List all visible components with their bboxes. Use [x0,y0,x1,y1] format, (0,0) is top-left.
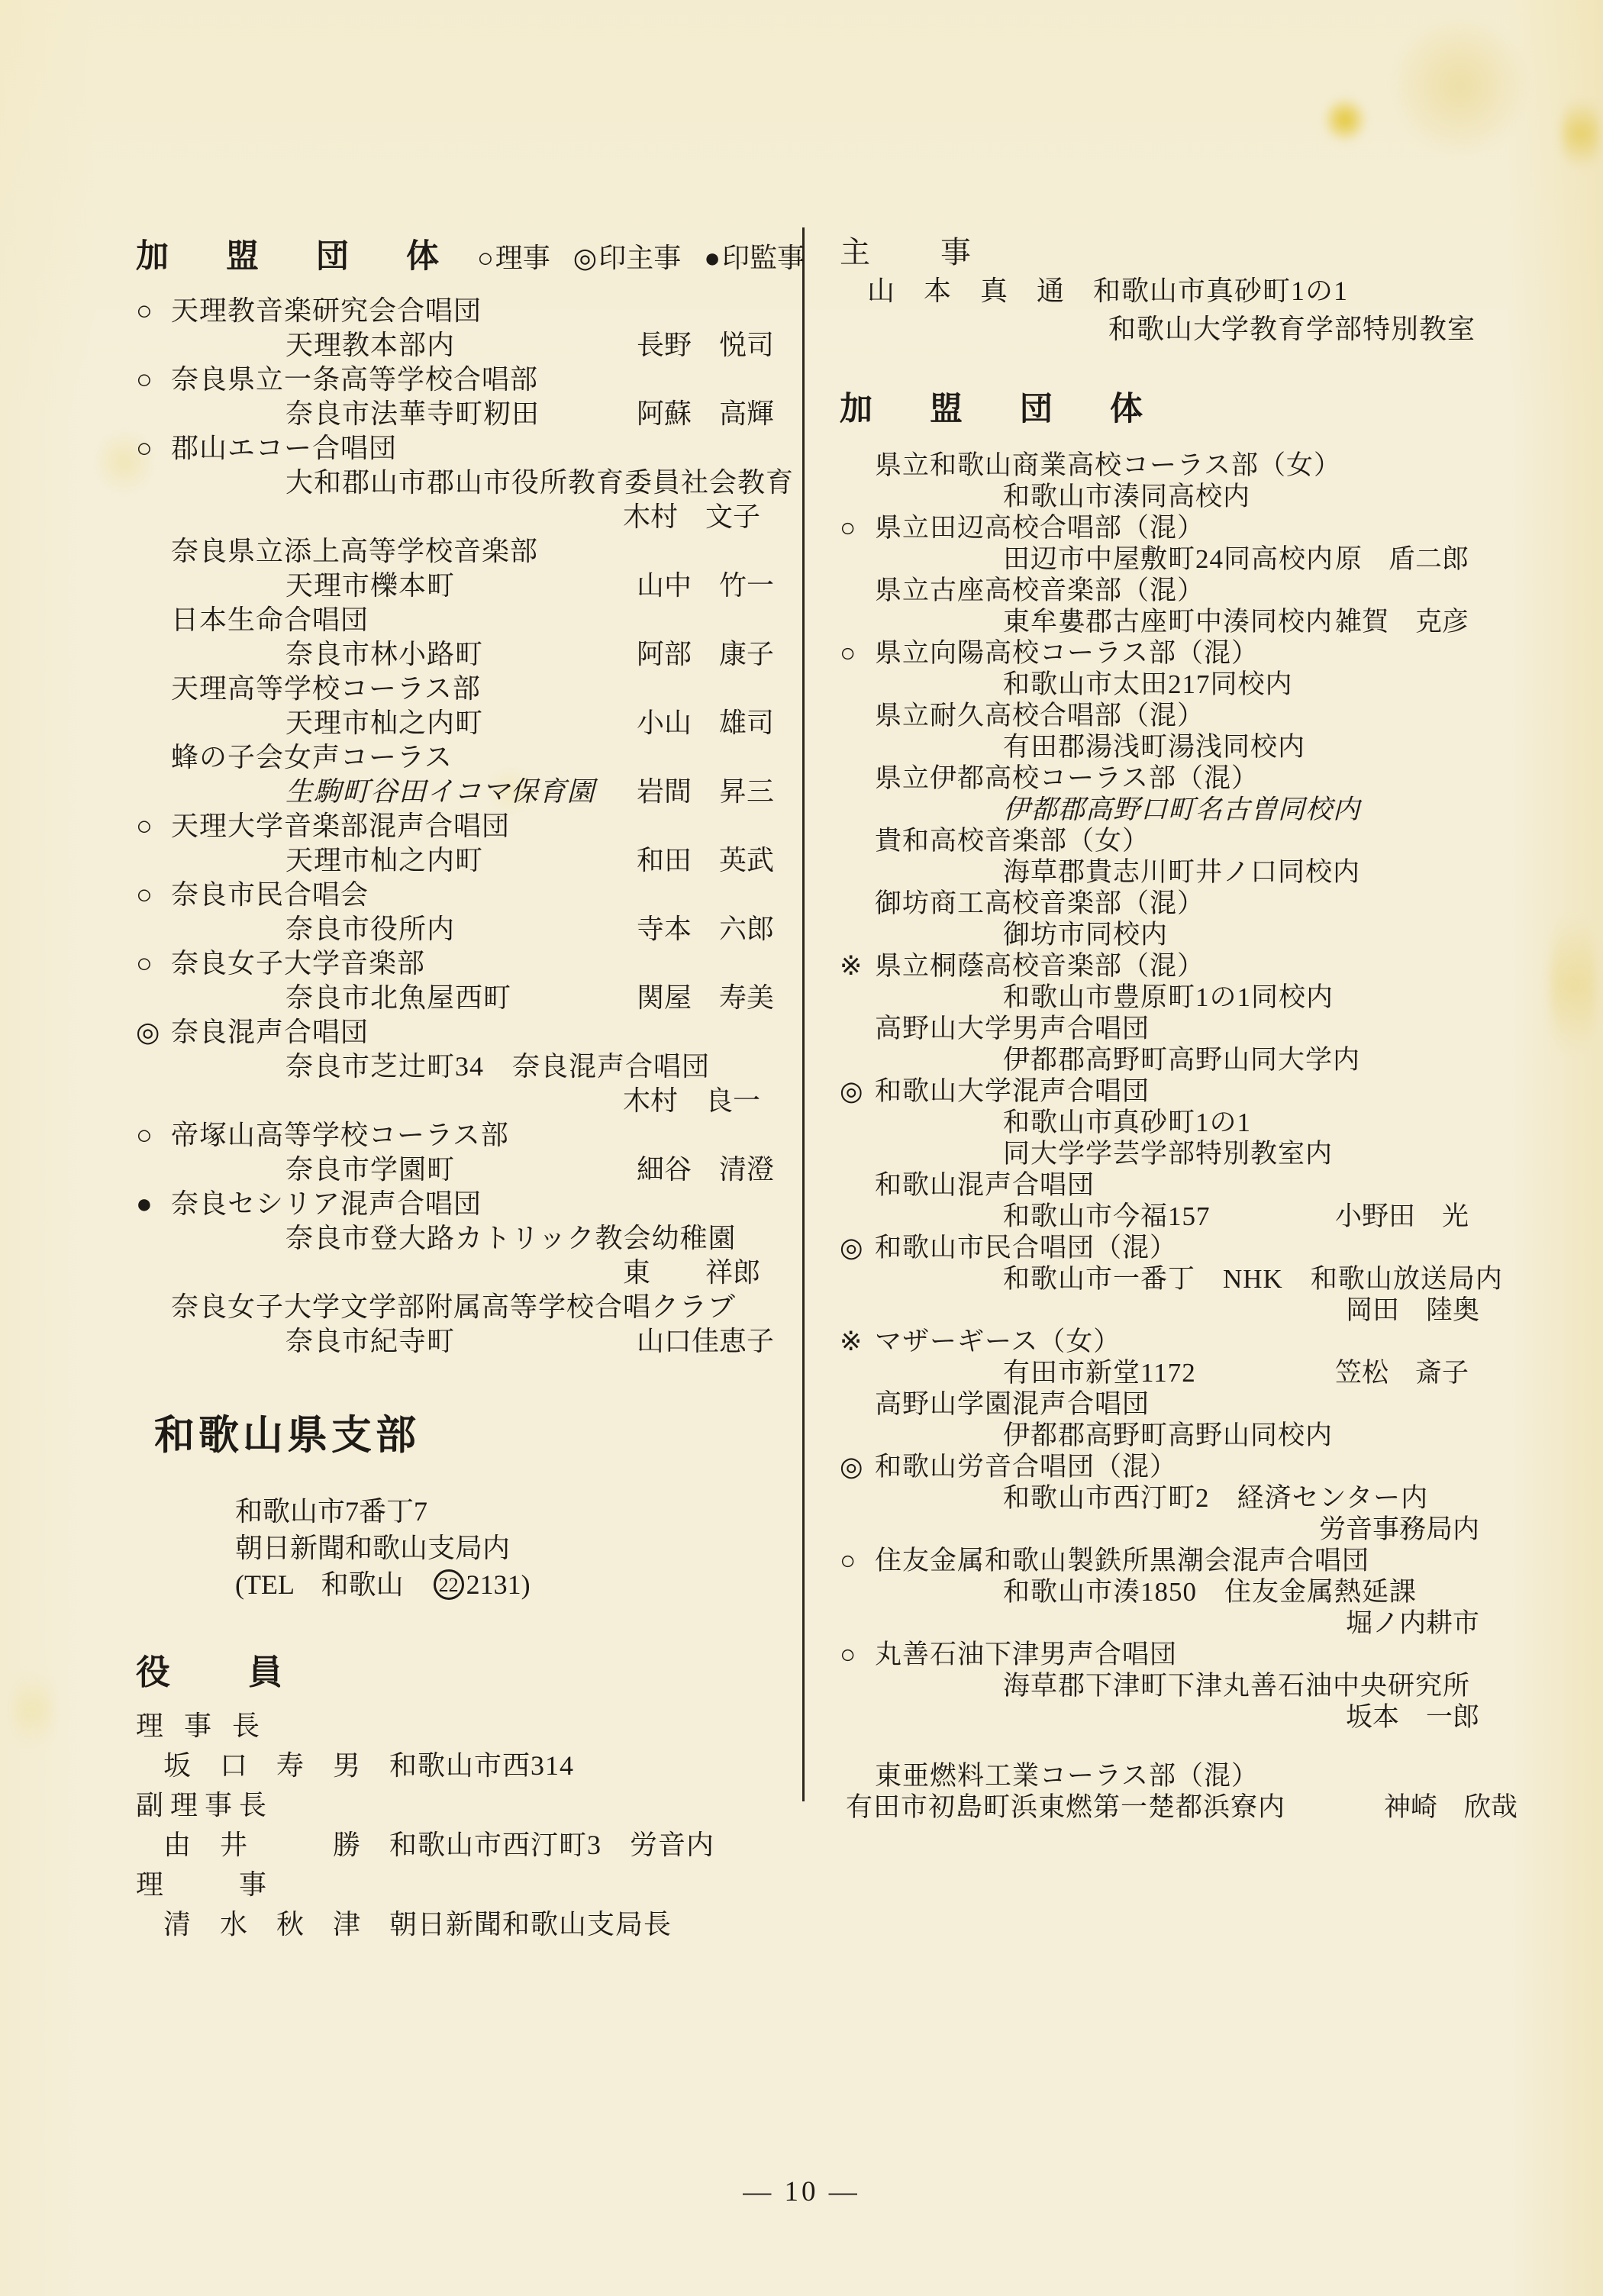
address: 和歌山市真砂町1の1 [1003,1107,1251,1138]
paper-stain [1395,21,1525,151]
organization-name: 高野山大学男声合唱団 [875,1013,1150,1044]
organization-name: 東亜燃料工業コーラス部（混） [875,1760,1259,1791]
directory-entry: ◎奈良混声合唱団奈良市芝辻町34 奈良混声合唱団木村 良一 [136,1015,797,1118]
organization-name: 奈良県立一条高等学校合唱部 [171,363,538,397]
directory-entry: ○高野山大学男声合唱団伊都郡高野町高野山同大学内 [840,1013,1560,1075]
directory-entry: ○御坊商工高校音楽部（混）御坊市同校内 [840,888,1560,950]
person-name: 岩間 昇三 [637,775,797,809]
address: 同大学学芸学部特別教室内 [1003,1138,1333,1169]
person-name: 小野田 光 [1335,1201,1560,1232]
address: 奈良市学園町 [285,1153,455,1187]
membership-mark: ○ [840,637,875,669]
person-name: 小山 雄司 [637,706,797,740]
page-number: — 10 — [0,2175,1603,2208]
member-groups-header-right: 加 盟 団 体 [840,383,1560,430]
directory-entry: ○奈良県立添上高等学校音楽部天理市櫟本町山中 竹一 [136,534,797,603]
membership-mark: ○ [840,1639,875,1670]
legend-label: 印主事 [598,237,681,276]
organization-name: 奈良混声合唱団 [171,1015,369,1050]
person-name: 山口佳恵子 [637,1324,797,1359]
organization-name: 郡山エコー合唱団 [171,431,397,466]
address: 和歌山市太田217同校内 [1003,669,1293,700]
person-name: 笠松 斎子 [1335,1357,1560,1388]
organization-name: 県立古座高校音楽部（混） [875,575,1205,606]
membership-mark: ○ [840,512,875,543]
directory-entry: ※県立桐蔭高校音楽部（混）和歌山市豊原町1の1同校内 [840,950,1560,1013]
person-name: 雑賀 克彦 [1335,606,1560,637]
directory-entry: ○丸善石油下津男声合唱団海草郡下津町下津丸善石油中央研究所坂本 一郎 [840,1639,1560,1733]
membership-mark: ○ [136,1118,171,1153]
officers-list: 理 事 長坂 口 寿 男 和歌山市西314副理事長由 井 勝 和歌山市西汀町3 … [136,1706,797,1944]
address: 大和郡山市郡山市役所教育委員社会教育 [285,466,794,500]
membership-mark: ○ [136,294,171,328]
organization-name: 県立向陽高校コーラス部（混） [875,637,1259,669]
address: 奈良市芝辻町34 奈良混声合唱団 [285,1050,710,1084]
organization-name: 天理高等学校コーラス部 [171,672,481,706]
member-groups-header: 加 盟 団 体 ○理事◎印主事●印監事 [136,231,797,277]
address: 伊都郡高野町高野山同大学内 [1003,1044,1360,1075]
person-name: 坂本 一郎 [840,1701,1560,1733]
organization-name: 県立耐久高校合唱部（混） [875,700,1205,731]
member-groups-title-right: 加 盟 団 体 [840,383,1155,430]
branch-address-block: 和歌山市7番丁7朝日新聞和歌山支局内 [136,1493,797,1566]
address: 伊都郡高野口町名古曽同校内 [1003,794,1360,825]
address: 奈良市役所内 [285,912,455,946]
organization-name: 県立田辺高校合唱部（混） [875,512,1205,543]
address: 御坊市同校内 [1003,919,1168,950]
address: 有田市初島町浜東燃第一楚都浜寮内 [846,1791,1285,1823]
address: 奈良市登大路カトリック教会幼稚園 [285,1221,737,1256]
organization-name: 住友金属和歌山製鉄所黒潮会混声合唱団 [875,1545,1369,1576]
person-name: 木村 文子 [136,500,797,534]
paper-stain [1562,92,1600,176]
person-name: 長野 悦司 [637,328,797,363]
manager-section-title: 主 事 [840,234,1560,272]
branch-address-line: 朝日新聞和歌山支局内 [136,1530,797,1566]
address: 和歌山市湊1850 住友金属熱延課 [1003,1576,1417,1608]
person-name: 細谷 清澄 [637,1153,797,1187]
wakayama-member-groups-list: ○県立和歌山商業高校コーラス部（女）和歌山市湊同高校内○県立田辺高校合唱部（混）… [840,450,1560,1823]
organization-name: 奈良市民合唱会 [171,878,369,912]
address: 和歌山市豊原町1の1同校内 [1003,982,1334,1013]
address: 天理市櫟本町 [285,569,455,603]
directory-entry: ○東亜燃料工業コーラス部（混）有田市初島町浜東燃第一楚都浜寮内神崎 欣哉 [840,1760,1560,1823]
directory-entry: ○蜂の子会女声コーラス生駒町谷田イコマ保育園岩間 昇三 [136,740,797,809]
address: 田辺市中屋敷町24同高校内 [1003,543,1334,575]
membership-mark: ◎ [840,1232,875,1263]
directory-entry: ○郡山エコー合唱団大和郡山市郡山市役所教育委員社会教育木村 文子 [136,431,797,534]
membership-mark: ○ [840,1545,875,1576]
organization-name: 丸善石油下津男声合唱団 [875,1639,1177,1670]
column-divider-rule [802,227,805,1801]
person-name: 寺本 六郎 [637,912,797,946]
directory-entry: ※マザーギース（女）有田市新堂1172笠松 斎子 [840,1326,1560,1388]
directory-entry: ○天理教音楽研究会合唱団天理教本部内長野 悦司 [136,294,797,363]
organization-name: 県立和歌山商業高校コーラス部（女） [875,450,1341,481]
person-name: 木村 良一 [136,1084,797,1118]
officer-name-line: 坂 口 寿 男 和歌山市西314 [136,1746,797,1785]
organization-name: 県立桐蔭高校音楽部（混） [875,950,1205,982]
person-name: 原 盾二郎 [1335,543,1560,575]
directory-entry: ○奈良県立一条高等学校合唱部奈良市法華寺町籾田阿蘇 高輝 [136,363,797,431]
address: 天理市杣之内町 [285,843,483,878]
paper-stain [12,1664,53,1756]
directory-entry: ○住友金属和歌山製鉄所黒潮会混声合唱団和歌山市湊1850 住友金属熱延課堀ノ内耕… [840,1545,1560,1639]
legend-symbol: ○ [477,242,494,274]
membership-mark: ◎ [136,1015,171,1050]
directory-entry: ○和歌山混声合唱団和歌山市今福157小野田 光 [840,1169,1560,1232]
organization-name: 和歌山労音合唱団（混） [875,1451,1177,1482]
membership-mark: ※ [840,1326,875,1357]
directory-entry: ○県立和歌山商業高校コーラス部（女）和歌山市湊同高校内 [840,450,1560,512]
address: 奈良市林小路町 [285,637,483,672]
organization-name: 天理大学音楽部混声合唱団 [171,809,510,843]
manager-address-line: 和歌山大学教育学部特別教室 [840,310,1560,348]
person-name: 関屋 寿美 [637,981,797,1015]
membership-mark: ○ [136,946,171,981]
directory-entry: ◎和歌山大学混声合唱団和歌山市真砂町1の1同大学学芸学部特別教室内 [840,1075,1560,1169]
tel-suffix: 2131) [466,1566,531,1603]
legend-symbol: ◎ [573,242,597,274]
organization-name: 蜂の子会女声コーラス [171,740,453,775]
wakayama-branch-title: 和歌山県支部 [154,1403,797,1461]
person-name: 山中 竹一 [637,569,797,603]
membership-mark: ※ [840,950,875,982]
person-name: 和田 英武 [637,843,797,878]
right-column: 主 事 山 本 真 通 和歌山市真砂町1の1 和歌山大学教育学部特別教室 加 盟… [840,234,1560,1823]
officers-title: 役 員 [136,1644,797,1694]
directory-entry: ○県立伊都高校コーラス部（混）伊都郡高野口町名古曽同校内 [840,763,1560,825]
mark-legend: ○理事◎印主事●印監事 [477,237,805,276]
legend-item: ◎印主事 [573,237,681,276]
membership-mark: ○ [136,363,171,397]
directory-entry: ○県立古座高校音楽部（混）東牟婁郡古座町中湊同校内雑賀 克彦 [840,575,1560,637]
address: 海草郡下津町下津丸善石油中央研究所 [1003,1670,1470,1701]
address: 海草郡貴志川町井ノ口同校内 [1003,856,1360,888]
legend-item: ○理事 [477,237,550,276]
directory-entry: ○帝塚山高等学校コーラス部奈良市学園町細谷 清澄 [136,1118,797,1187]
membership-mark: ◎ [840,1451,875,1482]
left-column: 加 盟 団 体 ○理事◎印主事●印監事 ○天理教音楽研究会合唱団天理教本部内長野… [136,231,797,1944]
member-groups-title: 加 盟 団 体 [136,231,451,277]
directory-entry: ●奈良セシリア混声合唱団奈良市登大路カトリック教会幼稚園東 祥郎 [136,1187,797,1290]
person-name: 東 祥郎 [136,1256,797,1290]
officer-role: 理 事 長 [136,1706,797,1746]
address: 奈良市紀寺町 [285,1324,455,1359]
membership-mark: ○ [136,809,171,843]
organization-name: 奈良セシリア混声合唱団 [171,1187,482,1221]
directory-entry: ○日本生命合唱団奈良市林小路町阿部 康子 [136,603,797,672]
manager-name-line: 山 本 真 通 和歌山市真砂町1の1 [840,272,1560,310]
address: 生駒町谷田イコマ保育園 [285,775,595,809]
directory-entry: ○奈良市民合唱会奈良市役所内寺本 六郎 [136,878,797,946]
legend-symbol: ● [704,242,721,274]
address: 和歌山市西汀町2 経済センター内 [1003,1482,1428,1514]
person-name: 堀ノ内耕市 [840,1608,1560,1639]
organization-name: 奈良女子大学文学部附属高等学校合唱クラブ [171,1290,736,1324]
membership-mark: ○ [136,431,171,466]
officer-role: 理 事 [136,1865,797,1904]
address: 有田市新堂1172 [1003,1357,1196,1388]
directory-entry: ○天理高等学校コーラス部天理市杣之内町小山 雄司 [136,672,797,740]
membership-mark: ◎ [840,1075,875,1107]
paper-stain [1325,98,1365,142]
organization-name: 和歌山大学混声合唱団 [875,1075,1150,1107]
directory-entry: ○貴和高校音楽部（女）海草郡貴志川町井ノ口同校内 [840,825,1560,888]
organization-name: 天理教音楽研究会合唱団 [171,294,482,328]
person-name: 労音事務局内 [840,1514,1560,1545]
address: 有田郡湯浅町湯浅同校内 [1003,731,1305,763]
officer-name-line: 由 井 勝 和歌山市西汀町3 労音内 [136,1825,797,1865]
organization-name: 高野山学園混声合唱団 [875,1388,1150,1420]
address: 和歌山市今福157 [1003,1201,1211,1232]
officer-role: 副理事長 [136,1785,797,1825]
organization-name: 帝塚山高等学校コーラス部 [171,1118,509,1153]
person-name: 岡田 陸奥 [840,1295,1560,1326]
branch-tel-line: (TEL 和歌山 22 2131) [136,1566,797,1603]
directory-entry: ○県立耐久高校合唱部（混）有田郡湯浅町湯浅同校内 [840,700,1560,763]
circled-number-22: 22 [434,1569,464,1600]
scanned-directory-page: 加 盟 団 体 ○理事◎印主事●印監事 ○天理教音楽研究会合唱団天理教本部内長野… [0,0,1603,2296]
address: 奈良市法華寺町籾田 [285,397,540,431]
address: 奈良市北魚屋西町 [285,981,511,1015]
directory-entry: ◎和歌山労音合唱団（混）和歌山市西汀町2 経済センター内労音事務局内 [840,1451,1560,1545]
legend-item: ●印監事 [704,237,805,276]
address: 和歌山市一番丁 NHK 和歌山放送局内 [1003,1263,1503,1295]
legend-label: 理事 [495,237,550,276]
address: 天理市杣之内町 [285,706,483,740]
directory-entry: ○県立田辺高校合唱部（混）田辺市中屋敷町24同高校内原 盾二郎 [840,512,1560,575]
nara-member-groups-list: ○天理教音楽研究会合唱団天理教本部内長野 悦司○奈良県立一条高等学校合唱部奈良市… [136,294,797,1359]
directory-entry: ○高野山学園混声合唱団伊都郡高野町高野山同校内 [840,1388,1560,1451]
address: 和歌山市湊同高校内 [1003,481,1250,512]
organization-name: 県立伊都高校コーラス部（混） [875,763,1259,794]
membership-mark: ● [136,1187,171,1221]
organization-name: 日本生命合唱団 [171,603,369,637]
legend-label: 印監事 [722,237,805,276]
branch-address-line: 和歌山市7番丁7 [136,1493,797,1530]
organization-name: 和歌山市民合唱団（混） [875,1232,1177,1263]
directory-entry: ○県立向陽高校コーラス部（混）和歌山市太田217同校内 [840,637,1560,700]
officer-name-line: 清 水 秋 津 朝日新聞和歌山支局長 [136,1904,797,1944]
organization-name: 奈良女子大学音楽部 [171,946,425,981]
organization-name: 貴和高校音楽部（女） [875,825,1150,856]
address: 東牟婁郡古座町中湊同校内 [1003,606,1333,637]
directory-entry: ○奈良女子大学音楽部奈良市北魚屋西町関屋 寿美 [136,946,797,1015]
organization-name: 和歌山混声合唱団 [875,1169,1095,1201]
directory-entry: ○奈良女子大学文学部附属高等学校合唱クラブ奈良市紀寺町山口佳恵子 [136,1290,797,1359]
person-name: 神崎 欣哉 [1384,1791,1560,1823]
membership-mark: ○ [136,878,171,912]
directory-entry: ◎和歌山市民合唱団（混）和歌山市一番丁 NHK 和歌山放送局内岡田 陸奥 [840,1232,1560,1326]
organization-name: 奈良県立添上高等学校音楽部 [171,534,538,569]
person-name: 阿蘇 高輝 [637,397,797,431]
address: 天理教本部内 [285,328,455,363]
tel-prefix: (TEL 和歌山 [235,1566,431,1603]
directory-entry: ○天理大学音楽部混声合唱団天理市杣之内町和田 英武 [136,809,797,878]
organization-name: 御坊商工高校音楽部（混） [875,888,1205,919]
organization-name: マザーギース（女） [875,1326,1121,1357]
address: 伊都郡高野町高野山同校内 [1003,1420,1333,1451]
person-name: 阿部 康子 [637,637,797,672]
